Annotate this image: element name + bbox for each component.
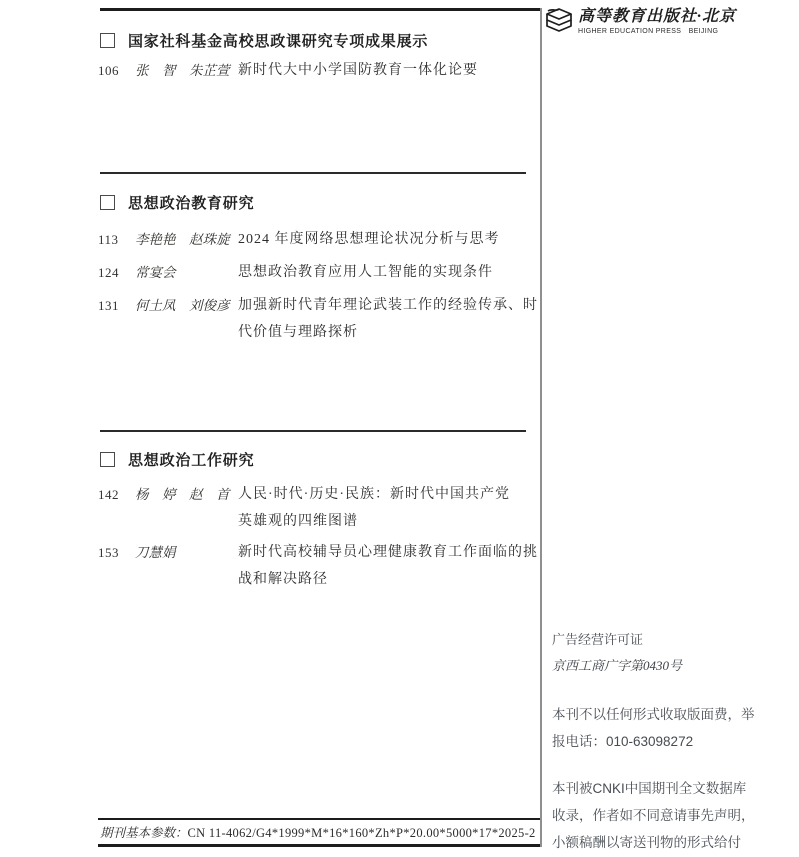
cnki-notice: 本刊被CNKI中国期刊全文数据库 收录，作者如不同意请事先声明， 小额稿酬以寄送… — [552, 775, 792, 856]
entry-title-line: 2024 年度网络思想理论状况分析与思考 — [238, 226, 535, 253]
section-checkbox-icon — [100, 452, 115, 467]
section-header-work-research: 思想政治工作研究 — [100, 449, 254, 470]
fee-notice: 本刊不以任何形式收取版面费，举 报电话：010-63098272 — [552, 701, 792, 755]
cnki-notice-line: 本刊被CNKI中国期刊全文数据库 — [552, 775, 792, 802]
entry-title-line: 思想政治教育应用人工智能的实现条件 — [238, 259, 535, 286]
cnki-notice-line: 收录，作者如不同意请事先声明， — [552, 802, 792, 829]
params-label: 期刊基本参数： — [100, 823, 188, 841]
entry-page-number: 142 — [98, 481, 135, 508]
top-rule — [100, 8, 541, 11]
entry-authors: 杨 婷 赵 首 — [135, 481, 238, 508]
publisher-name-en: HIGHER EDUCATION PRESS BEIJING — [578, 27, 736, 37]
entry-title-line: 新时代高校辅导员心理健康教育工作面临的挑 — [238, 539, 538, 566]
entry-page-number: 124 — [98, 259, 135, 286]
entry-title: 加强新时代青年理论武装工作的经验传承、时 代价值与理路探析 — [238, 292, 538, 346]
section-divider-1 — [100, 172, 526, 174]
ad-license-notice: 广告经营许可证 京西工商广字第0430号 — [552, 627, 792, 679]
params-value: CN 11-4062/G4*1999*M*16*160*Zh*P*20.00*5… — [188, 826, 536, 841]
section-header-special-showcase: 国家社科基金高校思政课研究专项成果展示 — [100, 30, 428, 51]
toc-entry-131: 131 何土凤 刘俊彦 加强新时代青年理论武装工作的经验传承、时 代价值与理路探… — [98, 292, 535, 346]
section-divider-2 — [100, 430, 526, 432]
entry-title: 思想政治教育应用人工智能的实现条件 — [238, 259, 535, 286]
entry-title: 2024 年度网络思想理论状况分析与思考 — [238, 226, 535, 253]
journal-basic-parameters: 期刊基本参数： CN 11-4062/G4*1999*M*16*160*Zh*P… — [100, 823, 540, 841]
publisher-name-cn: 高等教育出版社·北京 — [578, 7, 736, 27]
fee-notice-line: 本刊不以任何形式收取版面费，举 — [552, 701, 792, 728]
entry-title-line: 英雄观的四维图谱 — [238, 508, 535, 535]
footer-rule-top — [98, 818, 541, 820]
entry-authors: 何土凤 刘俊彦 — [135, 292, 238, 319]
stacked-books-icon — [544, 7, 574, 41]
entry-authors: 常宴会 — [135, 259, 238, 286]
entry-title: 新时代高校辅导员心理健康教育工作面临的挑 战和解决路径 — [238, 539, 538, 593]
entry-title: 人民·时代·历史·民族：新时代中国共产党 英雄观的四维图谱 — [238, 481, 535, 535]
publisher-name: 高等教育出版社·北京 HIGHER EDUCATION PRESS BEIJIN… — [578, 7, 736, 37]
fee-notice-line: 报电话：010-63098272 — [552, 728, 792, 755]
entry-authors: 张 智 朱芷萱 — [135, 57, 238, 84]
entry-page-number: 113 — [98, 226, 135, 253]
section-checkbox-icon — [100, 195, 115, 210]
entry-title-line: 新时代大中小学国防教育一体化论要 — [238, 57, 535, 84]
entry-page-number: 153 — [98, 539, 135, 566]
entry-page-number: 106 — [98, 57, 135, 84]
section-title: 国家社科基金高校思政课研究专项成果展示 — [128, 30, 428, 51]
footer-rule-bottom — [98, 844, 541, 847]
ad-license-title: 广告经营许可证 — [552, 627, 792, 653]
journal-toc-page: 高等教育出版社·北京 HIGHER EDUCATION PRESS BEIJIN… — [0, 0, 799, 857]
toc-entry-113: 113 李艳艳 赵珠旋 2024 年度网络思想理论状况分析与思考 — [98, 226, 535, 253]
entry-authors: 刀慧娟 — [135, 539, 238, 566]
toc-entry-106: 106 张 智 朱芷萱 新时代大中小学国防教育一体化论要 — [98, 57, 535, 84]
toc-entry-124: 124 常宴会 思想政治教育应用人工智能的实现条件 — [98, 259, 535, 286]
entry-title-line: 代价值与理路探析 — [238, 319, 538, 346]
publisher-logo: 高等教育出版社·北京 HIGHER EDUCATION PRESS BEIJIN… — [544, 7, 736, 41]
column-divider — [540, 8, 542, 847]
toc-entry-142: 142 杨 婷 赵 首 人民·时代·历史·民族：新时代中国共产党 英雄观的四维图… — [98, 481, 535, 535]
entry-page-number: 131 — [98, 292, 135, 319]
cnki-notice-line: 小额稿酬以寄送刊物的形式给付 — [552, 829, 792, 856]
section-checkbox-icon — [100, 33, 115, 48]
entry-authors: 李艳艳 赵珠旋 — [135, 226, 238, 253]
entry-title: 新时代大中小学国防教育一体化论要 — [238, 57, 535, 84]
section-header-education-research: 思想政治教育研究 — [100, 192, 254, 213]
toc-entry-153: 153 刀慧娟 新时代高校辅导员心理健康教育工作面临的挑 战和解决路径 — [98, 539, 535, 593]
section-title: 思想政治教育研究 — [128, 192, 254, 213]
ad-license-number: 京西工商广字第0430号 — [552, 653, 792, 679]
section-title: 思想政治工作研究 — [128, 449, 254, 470]
entry-title-line: 加强新时代青年理论武装工作的经验传承、时 — [238, 292, 538, 319]
entry-title-line: 战和解决路径 — [238, 566, 538, 593]
entry-title-line: 人民·时代·历史·民族：新时代中国共产党 — [238, 481, 535, 508]
